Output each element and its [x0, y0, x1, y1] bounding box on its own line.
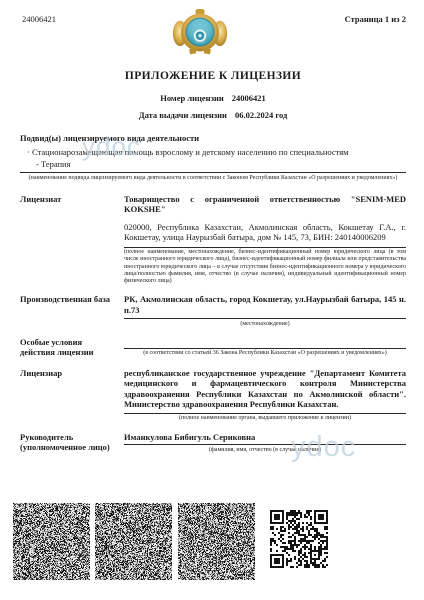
production-base-row: Производственная база РК, Акмолинская об… — [20, 294, 406, 328]
head-person-caption: (фамилия, имя, отчество (в случае наличи… — [124, 447, 406, 454]
licensor-value: республиканское государственное учрежден… — [124, 368, 406, 410]
divider-line — [124, 444, 406, 445]
licensee-address: 020000, Республика Казахстан, Акмолинска… — [124, 222, 406, 243]
licensor-caption: (полное наименование органа, выдавшего п… — [124, 415, 406, 422]
subtype-caption: (наименование подвида лицензируемого вид… — [20, 175, 406, 182]
document-title: ПРИЛОЖЕНИЕ К ЛИЦЕНЗИИ — [20, 70, 406, 82]
barcode-block-2 — [95, 503, 172, 580]
head-person-label: Руководитель (уполномоченное лицо) — [20, 432, 124, 453]
special-conditions-caption: (в соответствии со статьей 36 Закона Рес… — [124, 350, 406, 357]
divider-line — [20, 172, 406, 173]
document-number: 24006421 — [22, 14, 56, 24]
kazakhstan-emblem-icon — [171, 9, 229, 56]
licensor-label: Лицензиар — [20, 368, 124, 379]
license-date-line: Дата выдачи лицензии06.02.2024 год — [20, 110, 406, 120]
license-number-value: 24006421 — [232, 93, 266, 103]
subtype-heading: Подвид(ы) лицензируемого вида деятельнос… — [20, 133, 406, 143]
verification-codes — [13, 503, 330, 580]
license-annex-page: 24006421 — [0, 0, 424, 600]
page-header: 24006421 — [20, 9, 406, 57]
head-person-name: Иманкулова Бибигуль Сериковна — [124, 432, 406, 443]
barcode-block-3 — [178, 503, 255, 580]
divider-line — [124, 348, 406, 349]
production-base-caption: (местонахождение) — [124, 321, 406, 328]
divider-line — [124, 318, 406, 319]
licensee-name: Товарищество с ограниченной ответственно… — [124, 194, 406, 215]
divider-line — [124, 247, 406, 248]
production-base-value: РК, Акмолинская область, город Кокшетау,… — [124, 294, 406, 315]
licensee-caption: (полное наименование, местонахождение, б… — [124, 249, 406, 285]
divider-line — [124, 413, 406, 414]
head-person-row: Руководитель (уполномоченное лицо) Иманк… — [20, 432, 406, 454]
barcode-block-1 — [13, 503, 90, 580]
licensor-row: Лицензиар республиканское государственно… — [20, 368, 406, 423]
license-date-value: 06.02.2024 год — [235, 110, 287, 120]
production-base-label: Производственная база — [20, 294, 124, 305]
license-number-label: Номер лицензии — [160, 93, 224, 103]
license-number-line: Номер лицензии24006421 — [20, 93, 406, 103]
special-conditions-label: Особые условия действия лицензии — [20, 337, 124, 358]
licensee-row: Лицензиат Товарищество с ограниченной от… — [20, 194, 406, 286]
licensee-label: Лицензиат — [20, 194, 124, 205]
special-conditions-row: Особые условия действия лицензии (в соот… — [20, 337, 406, 358]
page-indicator: Страница 1 из 2 — [345, 14, 406, 24]
license-date-label: Дата выдачи лицензии — [139, 110, 227, 120]
subtype-item: - Терапия — [20, 159, 406, 169]
subtype-item: · Стационарозамещающая помощь взрослому … — [20, 147, 406, 157]
qr-code — [268, 508, 330, 570]
